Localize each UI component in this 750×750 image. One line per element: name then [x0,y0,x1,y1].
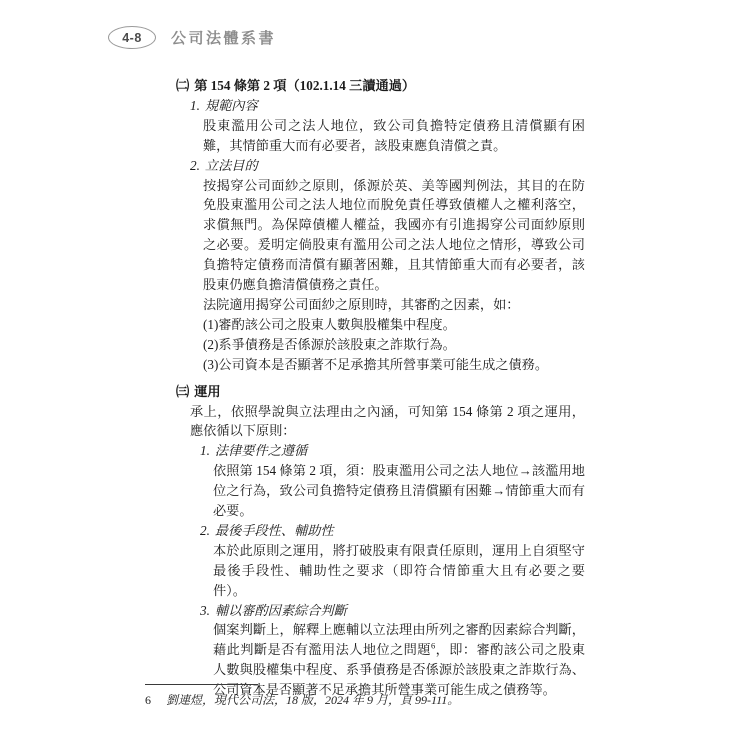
subsection-heading: 2. 立法目的 [190,156,585,176]
subsection-heading: 1. 規範內容 [190,96,585,116]
subsection-comprehensive-judgment: 3. 輔以審酌因素綜合判斷 個案判斷上，解釋上應輔以立法理由所列之審酌因素綜合判… [200,601,585,701]
section-marker: ㈢ [176,382,189,402]
subsection-heading: 1. 法律要件之遵循 [200,441,585,461]
subsection-body: 股東濫用公司之法人地位，致公司負擔特定債務且清償顯有困難，其情節重大而有必要者，… [203,116,585,156]
subsection-number: 2. [190,156,200,176]
subsection-number: 3. [200,601,210,621]
subsection-legislative-purpose: 2. 立法目的 按揭穿公司面紗之原則，係源於英、美等國判例法，其目的在防免股東濫… [190,156,585,375]
factor-list: (1)審酌該公司之股東人數與股權集中程度。 (2)系爭債務是否係源於該股東之詐欺… [203,315,585,375]
section-154-2: ㈡ 第 154 條第 2 項（102.1.14 三讀通過） 1. 規範內容 股東… [176,76,585,375]
section-intro: 承上，依照學說與立法理由之內涵，可知第 154 條第 2 項之運用，應依循以下原… [190,402,585,442]
book-page: 4-8 公司法體系書 ㈡ 第 154 條第 2 項（102.1.14 三讀通過）… [0,0,750,750]
subsection-legal-requirements: 1. 法律要件之遵循 依照第 154 條第 2 項，須：股東濫用公司之法人地位→… [200,441,585,521]
subsection-number: 1. [200,441,210,461]
subsection-number: 1. [190,96,200,116]
subsection-last-resort: 2. 最後手段性、輔助性 本於此原則之運用，將打破股東有限責任原則，運用上自須堅… [200,521,585,601]
subsection-title: 立法目的 [205,156,258,176]
section-application: ㈢ 運用 承上，依照學說與立法理由之內涵，可知第 154 條第 2 項之運用，應… [176,382,585,701]
section-marker: ㈡ [176,76,189,96]
subsection-body: 依照第 154 條第 2 項，須：股東濫用公司之法人地位→該濫用地位之行為，致公… [213,461,585,521]
subsection-body: 本於此原則之運用，將打破股東有限責任原則，運用上自須堅守最後手段性、輔助性之要求… [213,541,585,601]
factor-item: (1)審酌該公司之股東人數與股權集中程度。 [203,315,585,335]
footnote: 6 劉連煜，現代公司法，18 版，2024 年 9 月，頁 99-111。 [145,692,575,709]
section-heading: ㈡ 第 154 條第 2 項（102.1.14 三讀通過） [176,76,585,96]
book-title: 公司法體系書 [171,27,276,48]
subsection-title: 最後手段性、輔助性 [215,521,334,541]
section-title: 第 154 條第 2 項（102.1.14 三讀通過） [194,76,585,96]
section-title: 運用 [194,382,585,402]
section-heading: ㈢ 運用 [176,382,585,402]
subsection-heading: 2. 最後手段性、輔助性 [200,521,585,541]
factor-item: (2)系爭債務是否係源於該股東之詐欺行為。 [203,335,585,355]
subsection-title: 法律要件之遵循 [215,441,307,461]
subsection-body: 個案判斷上，解釋上應輔以立法理由所列之審酌因素綜合判斷，藉此判斷是否有濫用法人地… [213,620,585,700]
page-number: 4-8 [122,31,142,45]
subsection-title: 輔以審酌因素綜合判斷 [215,601,347,621]
subsection-body: 按揭穿公司面紗之原則，係源於英、美等國判例法，其目的在防免股東濫用公司之法人地位… [203,176,585,295]
subsection-norm-content: 1. 規範內容 股東濫用公司之法人地位，致公司負擔特定債務且清償顯有困難，其情節… [190,96,585,156]
footnote-number: 6 [145,692,151,709]
subsection-number: 2. [200,521,210,541]
subsection-title: 規範內容 [205,96,258,116]
subsection-body-2: 法院適用揭穿公司面紗之原則時，其審酌之因素，如： [203,295,585,315]
factor-item: (3)公司資本是否顯著不足承擔其所營事業可能生成之債務。 [203,355,585,375]
subsection-heading: 3. 輔以審酌因素綜合判斷 [200,601,585,621]
page-header: 4-8 公司法體系書 [108,26,276,49]
footnote-separator-line [145,684,258,685]
page-number-badge: 4-8 [108,26,156,49]
page-content: ㈡ 第 154 條第 2 項（102.1.14 三讀通過） 1. 規範內容 股東… [176,76,585,700]
footnote-text: 劉連煜，現代公司法，18 版，2024 年 9 月，頁 99-111。 [166,692,459,709]
